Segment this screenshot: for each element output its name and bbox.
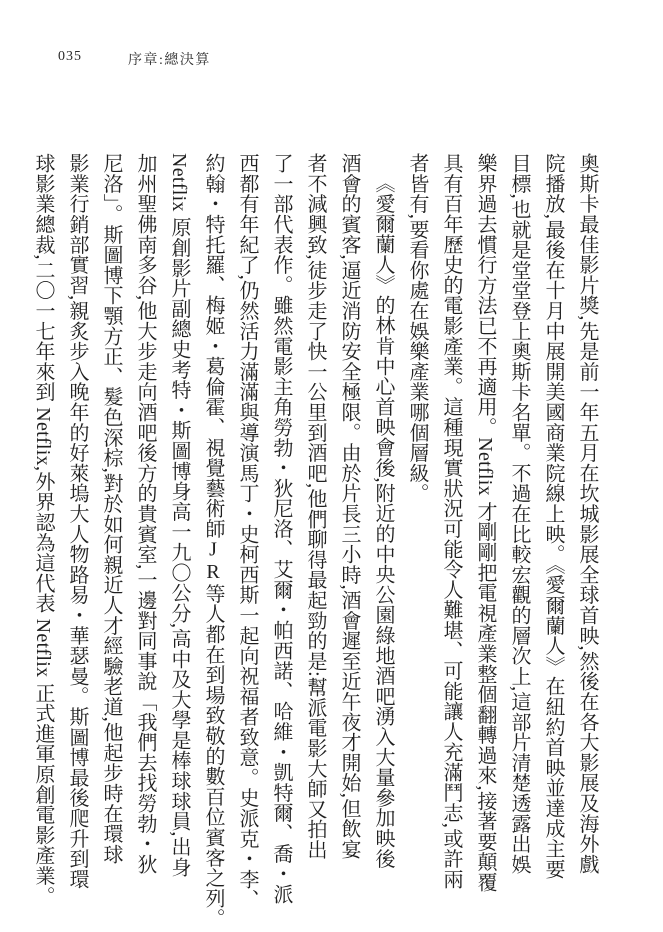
text-column: 《愛爾蘭人》的林肯中心首映會後,附近的中央公園綠地酒吧湧入大量參加映後 bbox=[366, 153, 400, 931]
text-column: 影業行銷部實習,親炙步入晚年的好萊塢大人物路易・華瑟曼。斯圖博最後爬升到環 bbox=[60, 153, 94, 931]
text-column: 球影業總裁,二〇一七年來到 Netflix,外界認為這代表 Netflix 正式… bbox=[26, 153, 60, 931]
text-column: 西都有年紀了,仍然活力滿滿與導演馬丁・史柯西斯一起向祝福者致意。史派克・李、 bbox=[230, 153, 264, 931]
text-column: Netflix 原創影片副總史考特・斯圖博身高一九〇公分,高中及大學是棒球球員,… bbox=[162, 153, 196, 931]
text-column: 加州聖佛南多谷,他大步走向酒吧後方的貴賓室,一邊對同事說「我們去找勞勃・狄 bbox=[128, 153, 162, 931]
text-column: 尼洛」。斯圖博下顎方正、髮色深棕,對於如何親近人才經驗老道,他起步時在環球 bbox=[94, 153, 128, 931]
text-column: 者不減興致,徒步走了快一公里到酒吧,他們聊得最起勁的是:幫派電影大師又拍出 bbox=[298, 153, 332, 931]
text-column: 具有百年歷史的電影產業。這種現實狀況可能令人難堪、可能讓人充滿鬥志,或許兩 bbox=[434, 153, 468, 931]
text-column: 院播放,最後在十月中展開美國商業院線上映。《愛爾蘭人》在紐約首映並達成主要 bbox=[536, 153, 570, 931]
text-run: 約翰・特托羅、梅姬・葛倫霍、視覺藝術師 bbox=[202, 153, 224, 539]
text-column: 者皆有,要看你處在娛樂產業哪個層級。 bbox=[400, 153, 434, 931]
text-column: 酒會的賓客,逼近消防安全極限。由於片長三小時,酒會遲至近午夜才開始,但飲宴 bbox=[332, 153, 366, 931]
body-text: 奧斯卡最佳影片獎,先是前一年五月在坎城影展全球首映,然後在各大影展及海外戲 院播… bbox=[26, 153, 604, 931]
book-page: 035 序章:總決算 奧斯卡最佳影片獎,先是前一年五月在坎城影展全球首映,然後在… bbox=[0, 0, 663, 932]
page-number: 035 bbox=[58, 49, 82, 65]
text-column: 了一部代表作。雖然電影主角勞勃・狄尼洛、艾爾・帕西諾、哈維・凱特爾、喬・派 bbox=[264, 153, 298, 931]
text-column: 樂界過去慣行方法已不再適用。Netflix 才剛剛把電視產業整個翻轉過來,接著要… bbox=[468, 153, 502, 931]
text-run: 等人都在到場致敬的數百位賓客之列。 bbox=[202, 583, 224, 928]
text-column: 奧斯卡最佳影片獎,先是前一年五月在坎城影展全球首映,然後在各大影展及海外戲 bbox=[570, 153, 604, 931]
text-column: 約翰・特托羅、梅姬・葛倫霍、視覺藝術師JR等人都在到場致敬的數百位賓客之列。 bbox=[196, 153, 230, 931]
chapter-title: 序章:總決算 bbox=[128, 49, 211, 69]
text-run-upright-initials: JR bbox=[202, 539, 224, 584]
text-column: 目標,也就是堂堂登上奧斯卡名單。不過在比較宏觀的層次上,這部片清楚透露出娛 bbox=[502, 153, 536, 931]
